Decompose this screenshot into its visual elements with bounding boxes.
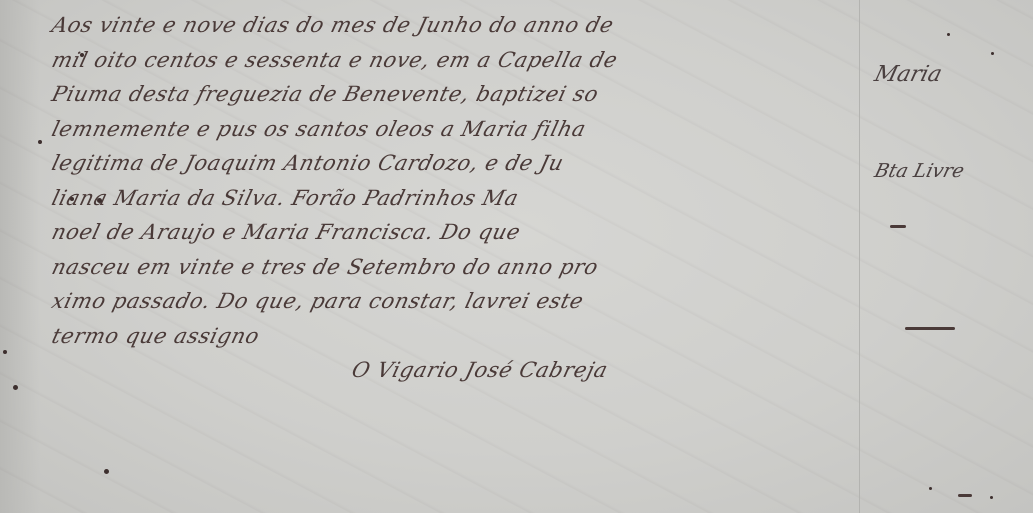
manuscript-page: Aos vinte e nove dias do mes de Junho do… bbox=[0, 0, 1033, 513]
ink-blot bbox=[929, 487, 932, 490]
record-line: mil oito centos e sessenta e nove, em a … bbox=[48, 43, 867, 78]
ink-blot bbox=[3, 350, 7, 354]
record-line: termo que assigno bbox=[48, 319, 867, 354]
margin-dash bbox=[958, 494, 972, 497]
ink-blot bbox=[947, 33, 950, 36]
record-line: legitima de Joaquim Antonio Cardozo, e d… bbox=[48, 146, 867, 181]
record-line: lemnemente e pus os santos oleos a Maria… bbox=[48, 112, 867, 147]
ink-blot bbox=[104, 469, 109, 474]
margin-name: Maria bbox=[872, 62, 1028, 87]
record-line: Aos vinte e nove dias do mes de Junho do… bbox=[48, 8, 867, 43]
record-line: liana Maria da Silva. Forão Padrinhos Ma bbox=[48, 181, 867, 216]
record-line: ximo passado. Do que, para constar, lavr… bbox=[48, 284, 867, 319]
record-body: Aos vinte e nove dias do mes de Junho do… bbox=[48, 8, 858, 388]
signature: O Vigario José Cabreja bbox=[48, 353, 867, 388]
margin-dash bbox=[890, 225, 906, 228]
ink-blot bbox=[991, 52, 994, 55]
ink-blot bbox=[38, 140, 42, 144]
ink-blot bbox=[13, 385, 18, 390]
record-line: Piuma desta freguezia de Benevente, bapt… bbox=[48, 77, 867, 112]
ink-blot bbox=[990, 496, 993, 499]
ink-blot bbox=[97, 198, 102, 203]
ink-blot bbox=[80, 53, 84, 57]
margin-dash bbox=[905, 327, 955, 330]
ink-blot bbox=[70, 197, 74, 201]
margin-book-note: Bta Livre bbox=[872, 160, 1027, 182]
record-line: nasceu em vinte e tres de Setembro do an… bbox=[48, 250, 867, 285]
record-line: noel de Araujo e Maria Francisca. Do que bbox=[48, 215, 867, 250]
